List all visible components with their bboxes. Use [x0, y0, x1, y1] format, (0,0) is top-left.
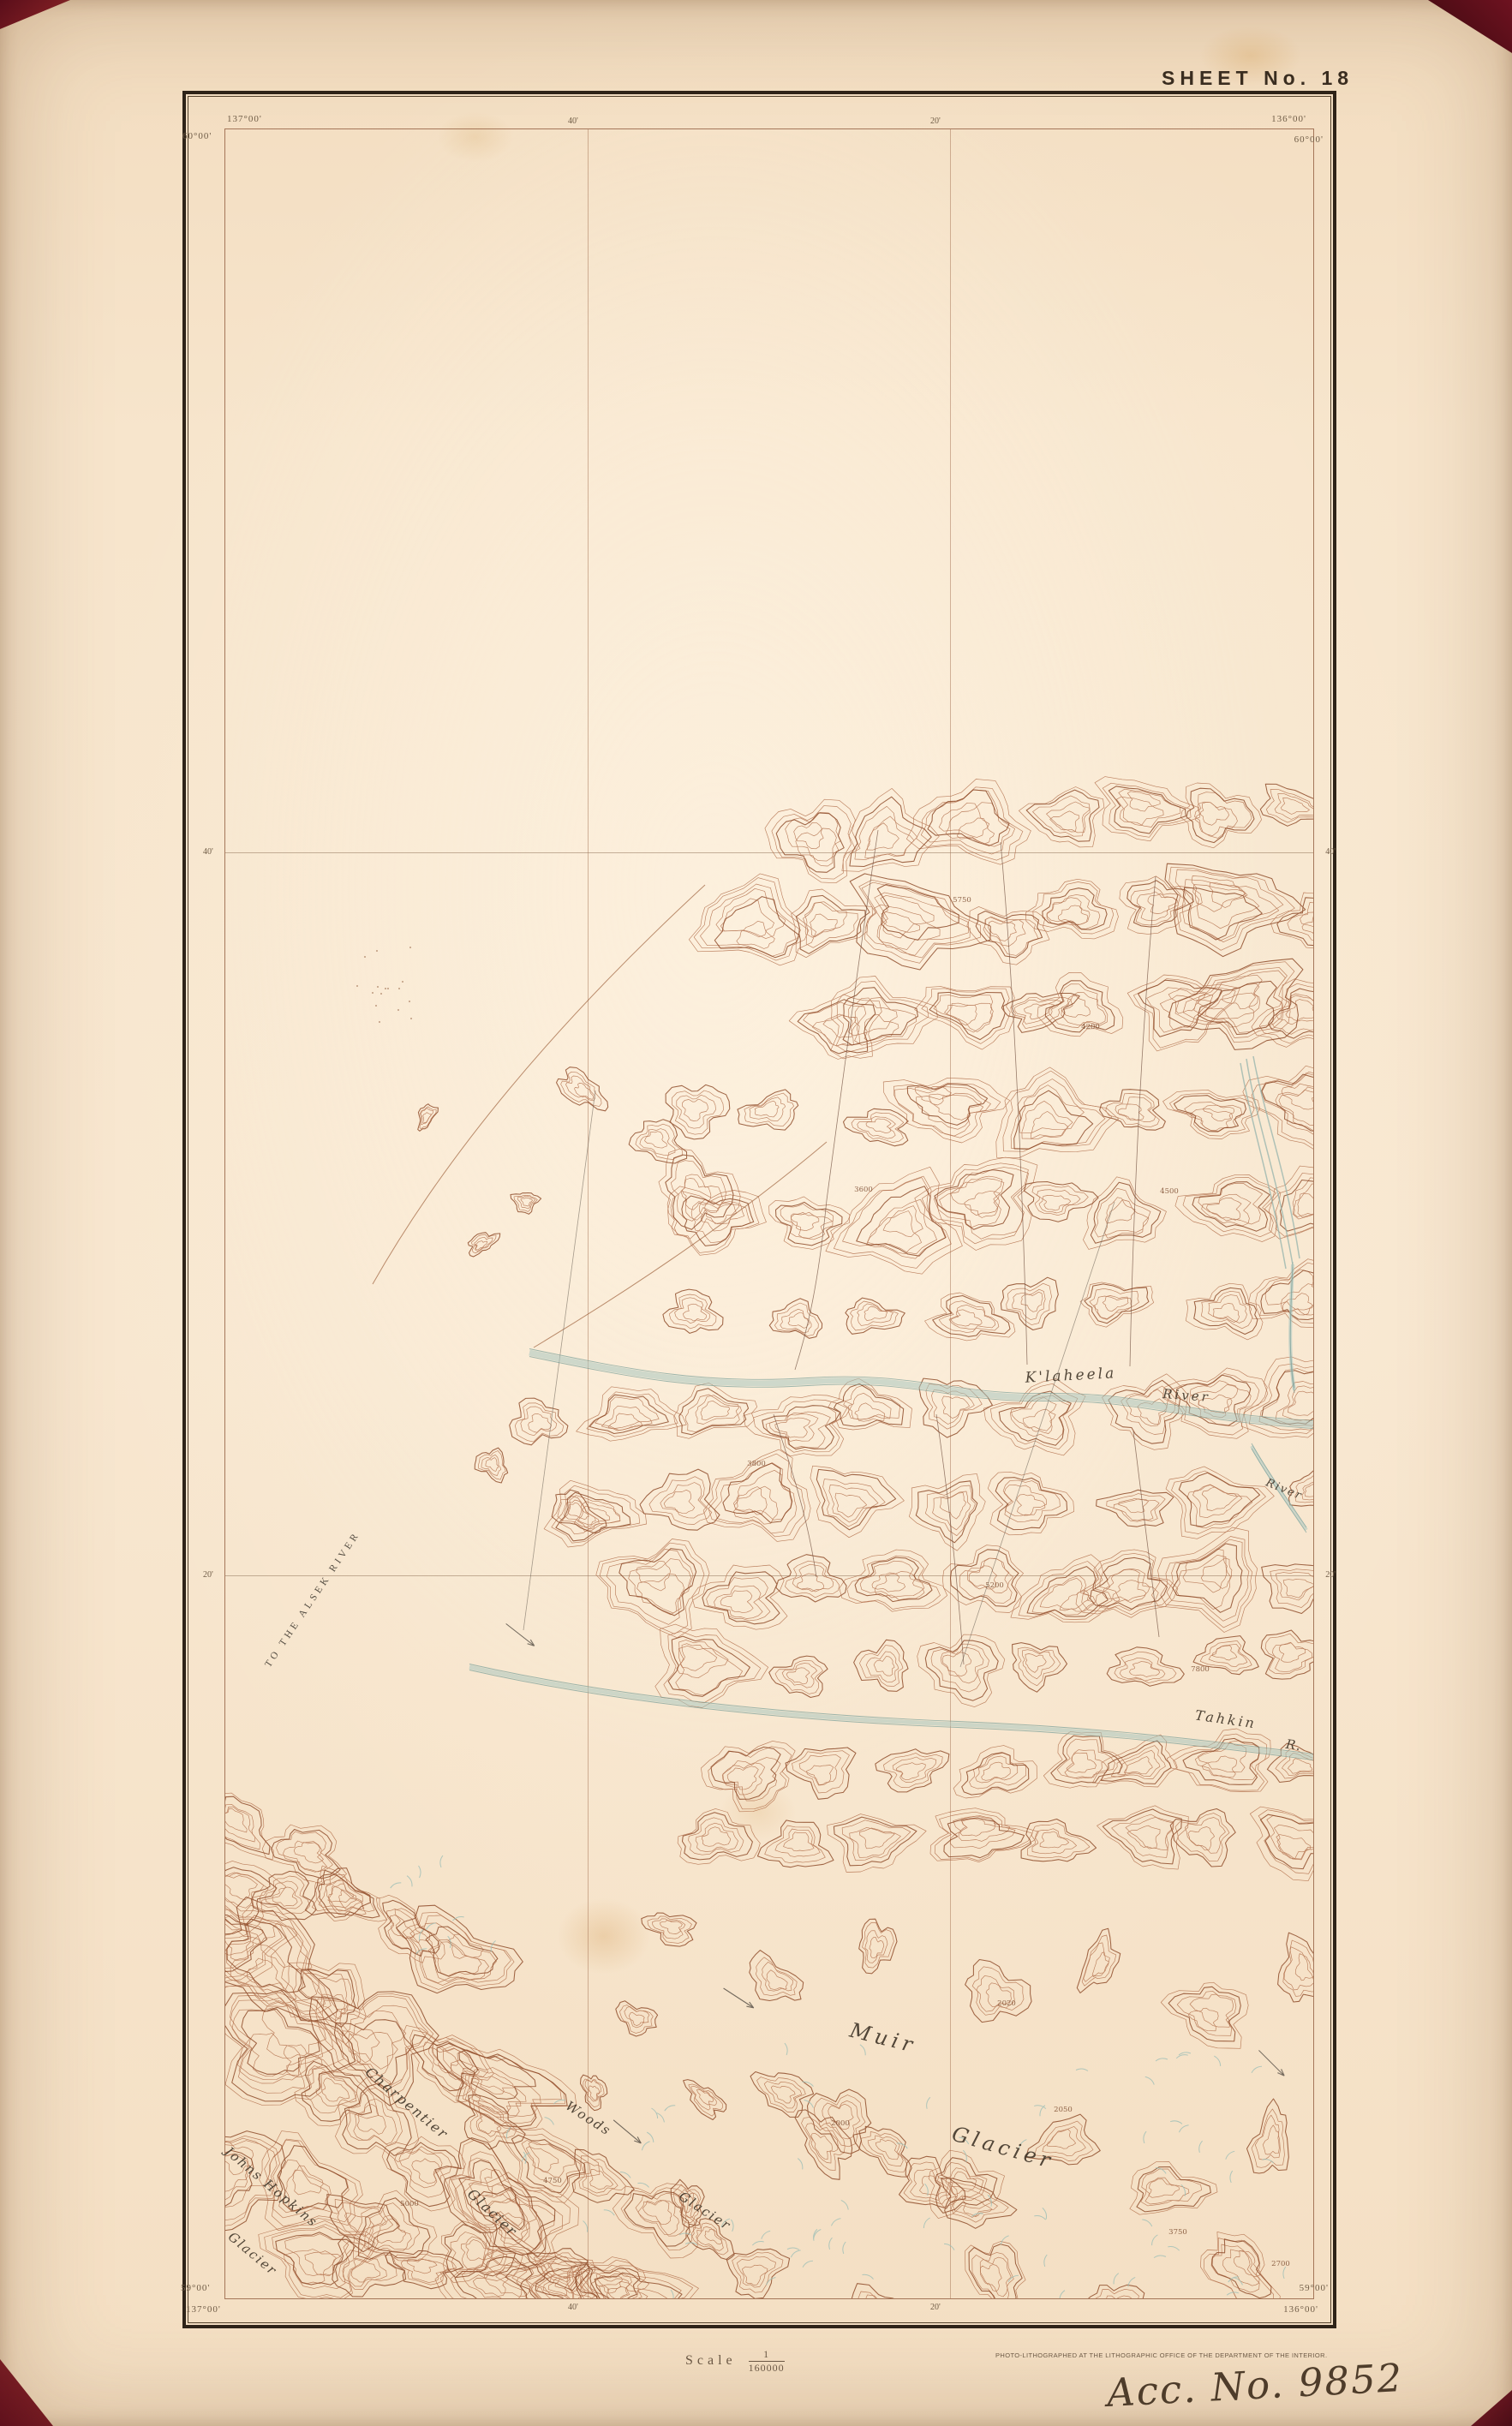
sheet-number-title: SHEET No. 18: [1162, 67, 1354, 90]
spot-height: 5000: [400, 2200, 419, 2208]
tick-bottom-20: 20': [930, 2303, 941, 2312]
photo-corner-bottom-left: [0, 2359, 53, 2426]
tick-left-40: 40': [203, 847, 213, 857]
label-muir-glacier: Glacier: [949, 2122, 1057, 2174]
map-area: 137°00' 60°00' 136°00' 60°00' 59°00' 137…: [224, 128, 1314, 2299]
label-tahkin-r: R.: [1285, 1736, 1302, 1754]
spot-height: 2050: [1054, 2106, 1073, 2114]
accession-number-handwriting: Acc. No. 9852: [1106, 2355, 1405, 2416]
spot-height: 5200: [985, 1581, 1004, 1590]
photo-corner-top-right: [1428, 0, 1512, 53]
label-johns-hopkins-glacier: Glacier: [225, 2229, 280, 2279]
spot-height: 4200: [1081, 1023, 1100, 1031]
coord-bottom-left-longitude: 137°00': [186, 2304, 221, 2315]
spot-height: 7800: [1191, 1665, 1210, 1674]
photo-corner-top-left: [0, 0, 70, 29]
label-klaheela-river: River: [1162, 1386, 1211, 1405]
spot-height: 3750: [1168, 2228, 1187, 2237]
scale-statement: Scale1160000: [685, 2349, 785, 2373]
spot-height: 2700: [1271, 2260, 1290, 2268]
label-woods-glacier: Glacier: [676, 2189, 734, 2234]
spot-height: 4500: [1160, 1187, 1179, 1196]
coord-bottom-right-longitude: 136°00': [1283, 2304, 1318, 2315]
scale-fraction: 1160000: [749, 2349, 785, 2373]
label-muir: Muir: [847, 2018, 919, 2058]
label-woods: Woods: [563, 2098, 614, 2139]
scale-numerator: 1: [749, 2349, 785, 2362]
spot-height: 5750: [953, 896, 971, 905]
label-charpentier-glacier: Glacier: [464, 2185, 521, 2239]
label-klaheela: K'laheela: [1025, 1365, 1116, 1387]
coord-top-left-longitude: 137°00': [227, 114, 262, 124]
scale-denominator: 160000: [749, 2362, 785, 2374]
map-label-layer: K'laheelaRiverRiverTahkinR.MuirGlacierCh…: [225, 129, 1313, 2298]
label-route-alsek: TO THE ALSEK RIVER: [263, 1529, 362, 1669]
tick-top-40: 40': [568, 117, 578, 126]
spot-height: 3800: [747, 1460, 766, 1468]
tick-bottom-40: 40': [568, 2303, 578, 2312]
spot-height: 4750: [543, 2177, 562, 2185]
label-tahkin: Tahkin: [1194, 1707, 1258, 1732]
label-charpentier: Charpentier: [362, 2064, 451, 2142]
spot-height: 3600: [854, 1186, 873, 1194]
tick-left-20: 20': [203, 1570, 213, 1580]
label-johns-hopkins: Johns Hopkins: [222, 2143, 321, 2230]
scale-word: Scale: [685, 2353, 737, 2368]
tick-top-20: 20': [930, 117, 941, 126]
coord-bottom-left-latitude: 59°00': [181, 2283, 210, 2293]
tick-right-40: 40': [1325, 847, 1336, 857]
coord-top-left-latitude: 60°00': [182, 131, 212, 141]
label-river-east: River: [1264, 1477, 1305, 1503]
spot-height: 2020: [997, 1999, 1016, 2008]
spot-height: 2000: [831, 2119, 850, 2128]
lithography-imprint: PHOTO-LITHOGRAPHED AT THE LITHOGRAPHIC O…: [995, 2351, 1338, 2359]
tick-right-20: 20': [1325, 1570, 1336, 1580]
map-frame: 137°00' 60°00' 136°00' 60°00' 59°00' 137…: [182, 91, 1336, 2328]
photo-corner-bottom-right: [1471, 2390, 1512, 2426]
coord-top-right-longitude: 136°00': [1271, 114, 1306, 124]
